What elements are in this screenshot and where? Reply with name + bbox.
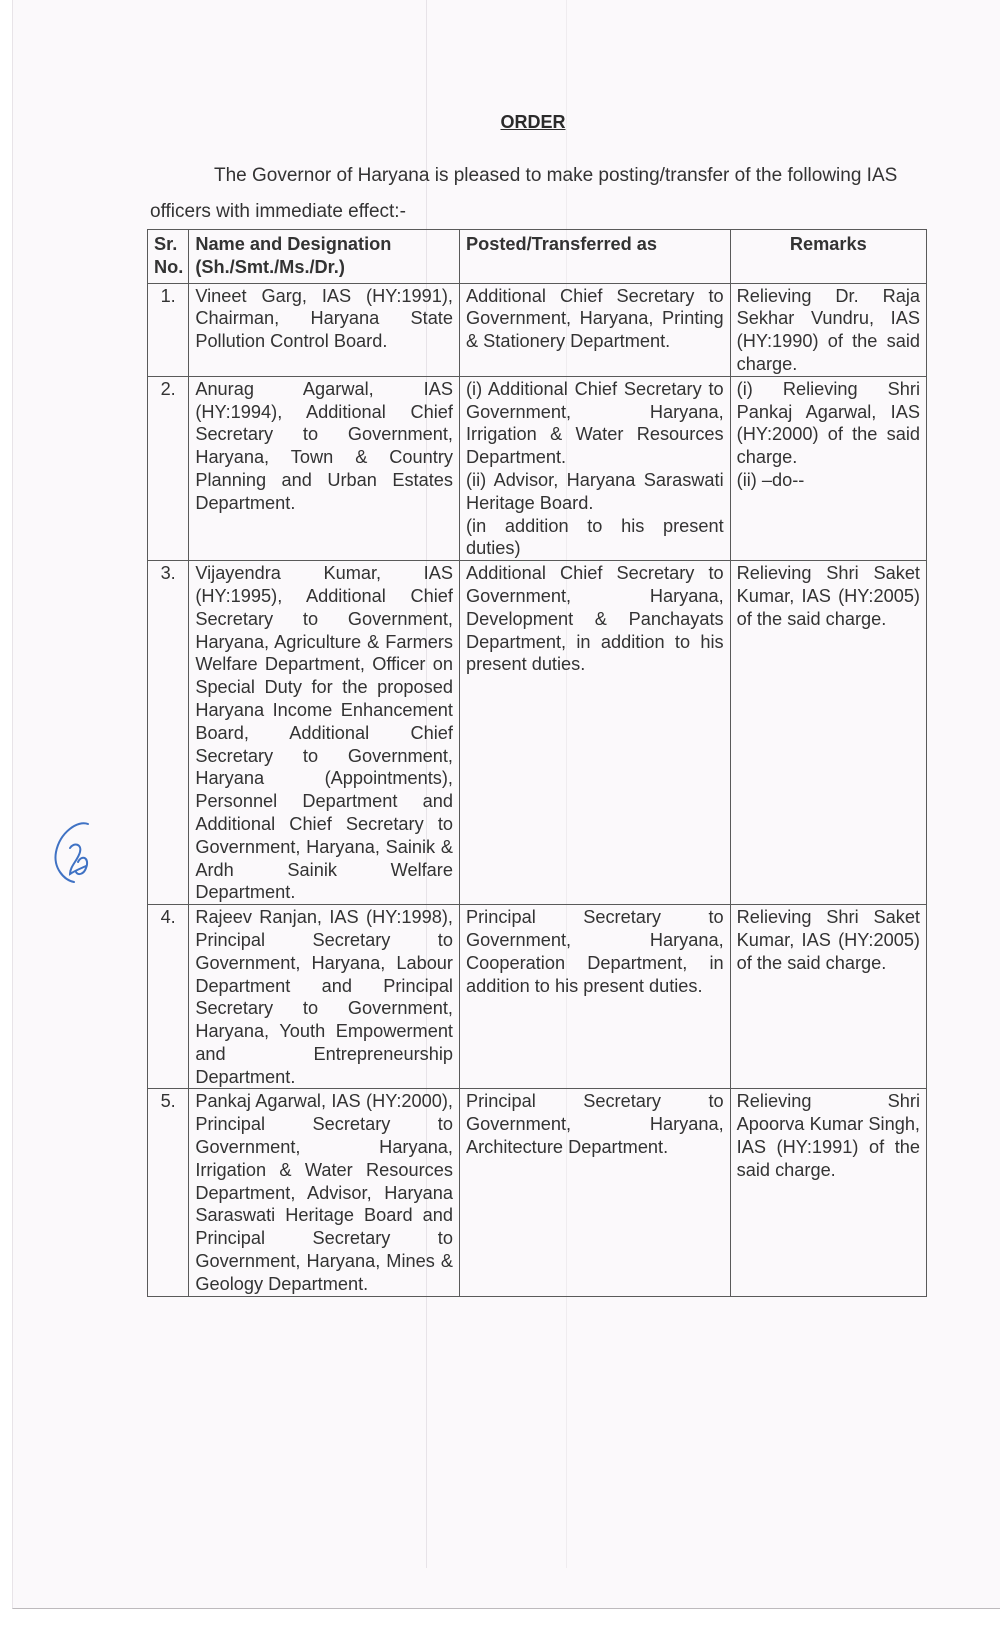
cell-remarks: Relieving Shri Saket Kumar, IAS (HY:2005… (730, 561, 926, 905)
table-row: 5. Pankaj Agarwal, IAS (HY:2000), Princi… (148, 1089, 927, 1296)
table-row: 1. Vineet Garg, IAS (HY:1991), Chairman,… (148, 283, 927, 376)
header-sr-no: Sr. No. (148, 230, 189, 284)
table-header-row: Sr. No. Name and Designation (Sh./Smt./M… (148, 230, 927, 284)
cell-remarks: Relieving Shri Saket Kumar, IAS (HY:2005… (730, 905, 926, 1089)
cell-sr: 4. (148, 905, 189, 1089)
cell-name: Rajeev Ranjan, IAS (HY:1998), Principal … (189, 905, 460, 1089)
cell-remarks: (i) Relieving Shri Pankaj Agarwal, IAS (… (730, 376, 926, 560)
remarks-line: (i) Relieving Shri Pankaj Agarwal, IAS (… (737, 378, 920, 469)
cell-name: Anurag Agarwal, IAS (HY:1994), Additiona… (189, 376, 460, 560)
cell-sr: 1. (148, 283, 189, 376)
handwritten-page-number-mark (48, 818, 108, 888)
cell-posted: (i) Additional Chief Secretary to Govern… (459, 376, 730, 560)
cell-sr: 5. (148, 1089, 189, 1296)
cell-remarks: Relieving Dr. Raja Sekhar Vundru, IAS (H… (730, 283, 926, 376)
intro-text: The Governor of Haryana is pleased to ma… (150, 165, 897, 222)
posted-line: (i) Additional Chief Secretary to Govern… (466, 378, 724, 469)
cell-sr: 2. (148, 376, 189, 560)
cell-posted: Additional Chief Secretary to Government… (459, 283, 730, 376)
remarks-line: (ii) –do-- (737, 469, 920, 492)
cell-posted: Additional Chief Secretary to Government… (459, 561, 730, 905)
cell-posted: Principal Secretary to Government, Harya… (459, 905, 730, 1089)
cell-name: Vineet Garg, IAS (HY:1991), Chairman, Ha… (189, 283, 460, 376)
cell-posted: Principal Secretary to Government, Harya… (459, 1089, 730, 1296)
cell-name: Vijayendra Kumar, IAS (HY:1995), Additio… (189, 561, 460, 905)
cell-sr: 3. (148, 561, 189, 905)
table-row: 4. Rajeev Ranjan, IAS (HY:1998), Princip… (148, 905, 927, 1089)
order-intro: The Governor of Haryana is pleased to ma… (150, 158, 910, 230)
cell-remarks: Relieving Shri Apoorva Kumar Singh, IAS … (730, 1089, 926, 1296)
table-row: 3. Vijayendra Kumar, IAS (HY:1995), Addi… (148, 561, 927, 905)
header-remarks: Remarks (730, 230, 926, 284)
table-row: 2. Anurag Agarwal, IAS (HY:1994), Additi… (148, 376, 927, 560)
header-name-designation: Name and Designation (Sh./Smt./Ms./Dr.) (189, 230, 460, 284)
transfer-table: Sr. No. Name and Designation (Sh./Smt./M… (147, 229, 927, 1297)
header-posted-transferred: Posted/Transferred as (459, 230, 730, 284)
cell-name: Pankaj Agarwal, IAS (HY:2000), Principal… (189, 1089, 460, 1296)
order-title: ORDER (0, 112, 1000, 133)
posted-line: (ii) Advisor, Haryana Saraswati Heritage… (466, 469, 724, 515)
posted-line: (in addition to his present duties) (466, 515, 724, 561)
